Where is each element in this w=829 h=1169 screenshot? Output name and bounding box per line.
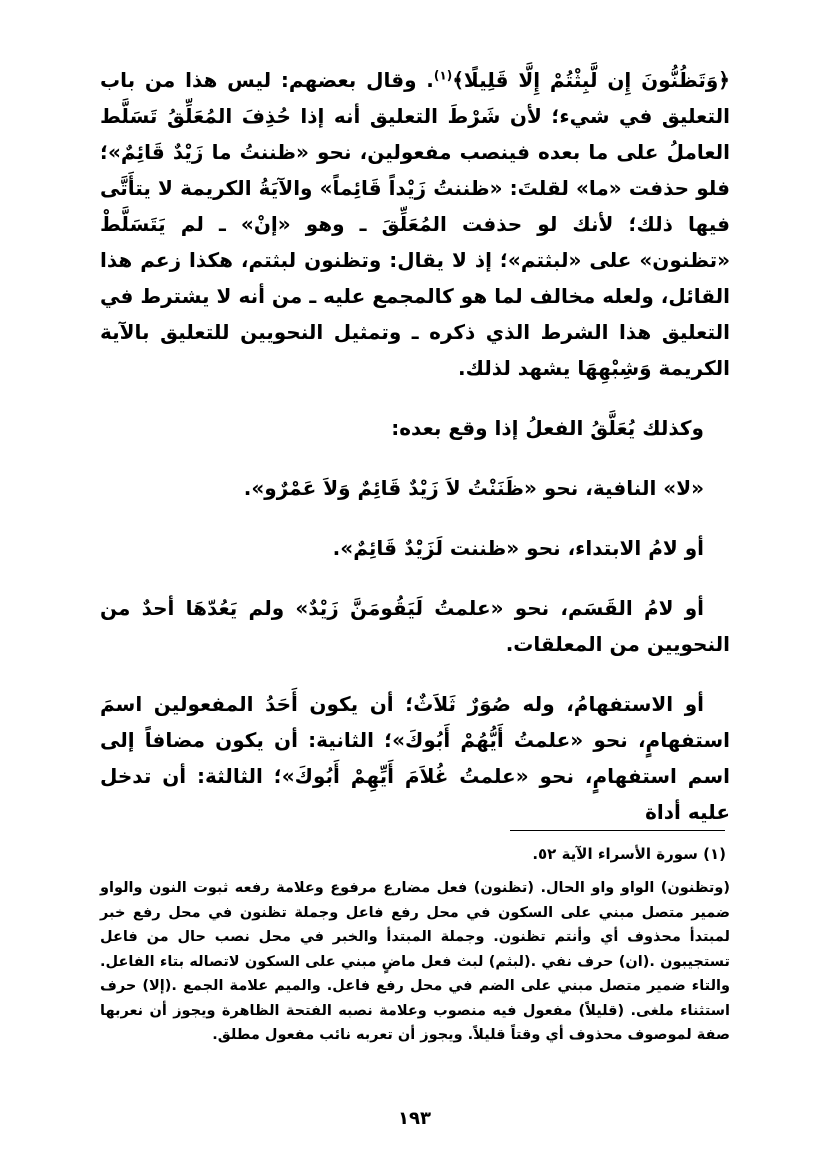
- paragraph-3: «لا» النافية، نحو «ظَنَنْتُ لاَ زَيْدٌ ق…: [100, 470, 730, 506]
- paragraph-5: أو لامُ القَسَم، نحو «علمتُ لَيَقُومَنَّ…: [100, 590, 730, 662]
- quran-quote: ﴿وَتَظُنُّونَ إِن لَّبِثْتُمْ إِلَّا قَل…: [452, 68, 730, 92]
- paragraph-1-text: . وقال بعضهم: ليس هذا من باب التعليق في …: [100, 68, 730, 380]
- paragraph-1: ﴿وَتَظُنُّونَ إِن لَّبِثْتُمْ إِلَّا قَل…: [100, 62, 730, 386]
- main-text: ﴿وَتَظُنُّونَ إِن لَّبِثْتُمْ إِلَّا قَل…: [100, 62, 730, 830]
- footnote-1: (١) سورة الأسراء الآية ٥٢.: [106, 842, 726, 866]
- grammar-footnote: (وتظنون) الواو واو الحال. (تظنون) فعل مض…: [100, 876, 730, 1048]
- footnote-divider: [510, 830, 725, 831]
- page-number: ١٩٣: [0, 1108, 829, 1129]
- footnote-marker[interactable]: (١): [434, 68, 452, 82]
- paragraph-6: أو الاستفهامُ، وله صُوَرٌ ثَلاَثٌ؛ أن يك…: [100, 686, 730, 830]
- paragraph-4: أو لامُ الابتداء، نحو «ظننت لَزَيْدٌ قَا…: [100, 530, 730, 566]
- paragraph-2: وكذلك يُعَلَّقُ الفعلُ إذا وقع بعده:: [100, 410, 730, 446]
